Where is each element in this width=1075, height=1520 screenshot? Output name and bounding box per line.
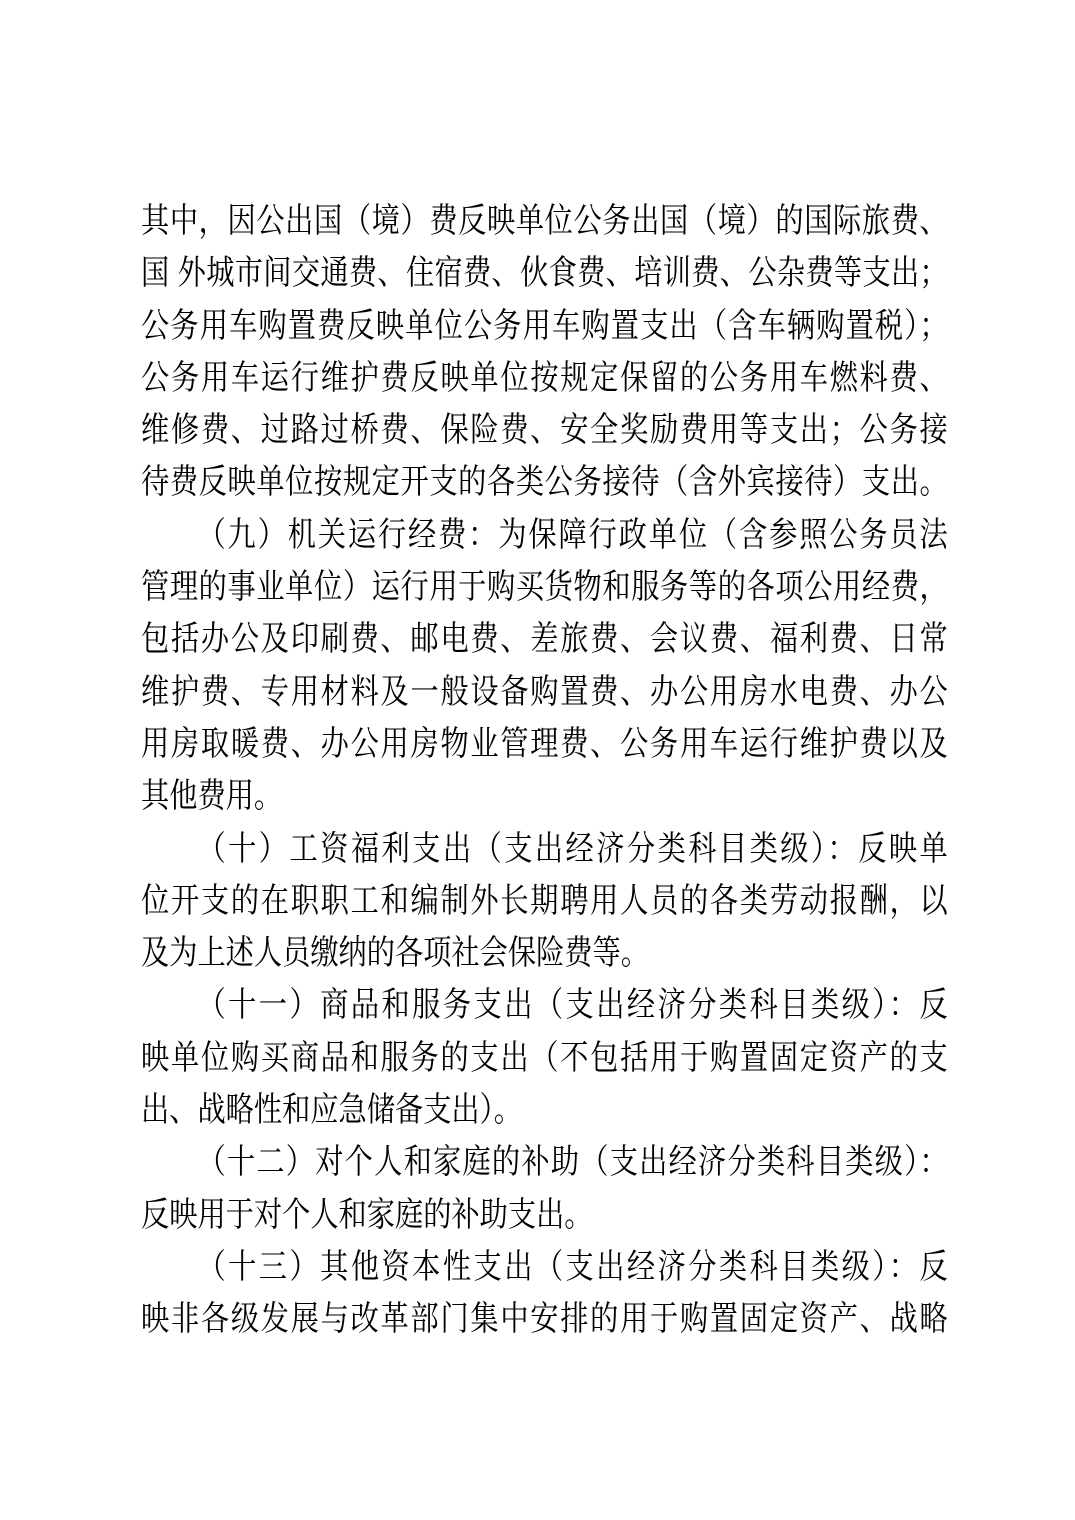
text-line: 维护费、专用材料及一般设备购置费、办公用房水电费、办公	[141, 666, 948, 718]
text-line: 包括办公及印刷费、邮电费、差旅费、会议费、福利费、日常	[141, 613, 948, 665]
text-line: 国 外城市间交通费、住宿费、伙食费、培训费、公杂费等支出；	[141, 247, 948, 299]
text-line: （十）工资福利支出（支出经济分类科目类级）：反映单	[141, 823, 948, 875]
text-line: 反映用于对个人和家庭的补助支出。	[141, 1189, 948, 1241]
text-line: 映单位购买商品和服务的支出（不包括用于购置固定资产的支	[141, 1032, 948, 1084]
text-line: 管理的事业单位）运行用于购买货物和服务等的各项公用经费，	[141, 561, 948, 613]
text-line: 公务用车购置费反映单位公务用车购置支出（含车辆购置税）；	[141, 300, 948, 352]
text-line: 公务用车运行维护费反映单位按规定保留的公务用车燃料费、	[141, 352, 948, 404]
text-line: （九）机关运行经费：为保障行政单位（含参照公务员法	[141, 509, 948, 561]
document-page: 其中，因公出国（境）费反映单位公务出国（境）的国际旅费、国 外城市间交通费、住宿…	[0, 0, 1075, 1520]
document-text-block: 其中，因公出国（境）费反映单位公务出国（境）的国际旅费、国 外城市间交通费、住宿…	[141, 195, 948, 1346]
text-line: 及为上述人员缴纳的各项社会保险费等。	[141, 927, 948, 979]
text-line: 映非各级发展与改革部门集中安排的用于购置固定资产、战略	[141, 1293, 948, 1345]
text-line: 待费反映单位按规定开支的各类公务接待（含外宾接待）支出。	[141, 456, 948, 508]
text-line: 维修费、过路过桥费、保险费、安全奖励费用等支出；公务接	[141, 404, 948, 456]
text-line: （十二）对个人和家庭的补助（支出经济分类科目类级）：	[141, 1136, 948, 1188]
text-line: （十一）商品和服务支出（支出经济分类科目类级）：反	[141, 979, 948, 1031]
text-line: 其他费用。	[141, 770, 948, 822]
text-line: 用房取暖费、办公用房物业管理费、公务用车运行维护费以及	[141, 718, 948, 770]
text-line: 其中，因公出国（境）费反映单位公务出国（境）的国际旅费、	[141, 195, 948, 247]
text-line: （十三）其他资本性支出（支出经济分类科目类级）：反	[141, 1241, 948, 1293]
text-line: 出、战略性和应急储备支出）。	[141, 1084, 948, 1136]
text-line: 位开支的在职职工和编制外长期聘用人员的各类劳动报酬，以	[141, 875, 948, 927]
